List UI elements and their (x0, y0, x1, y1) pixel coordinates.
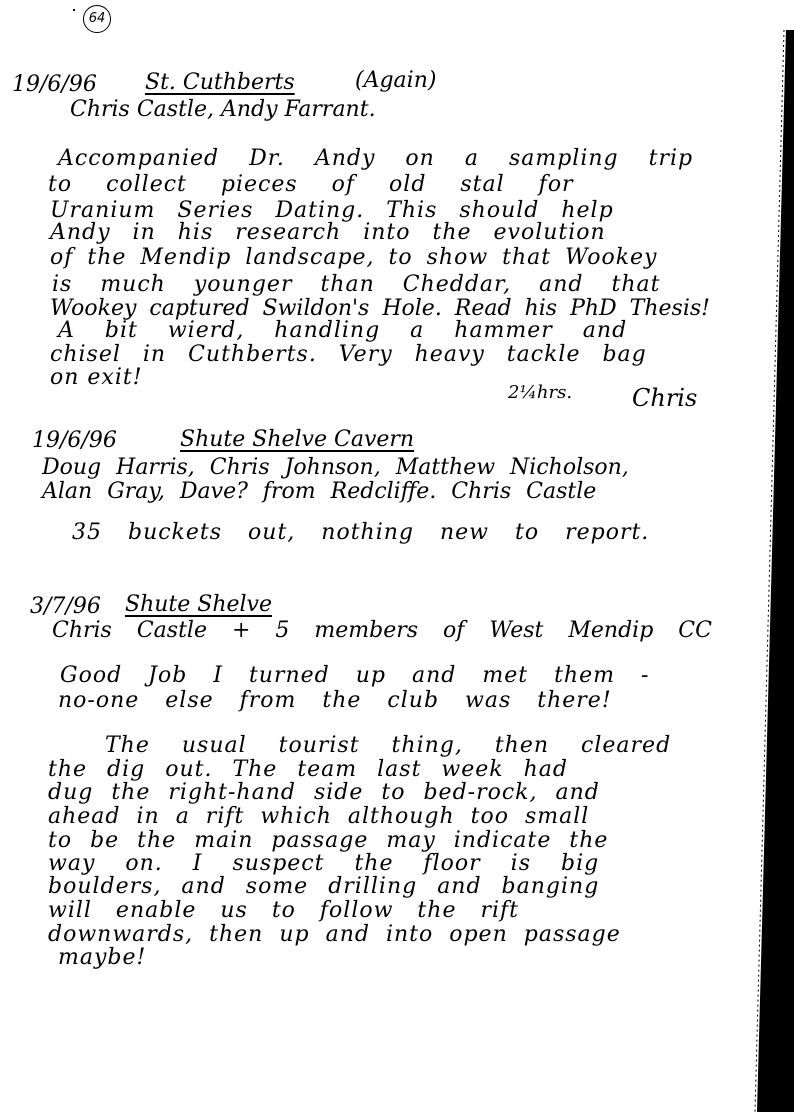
scan-speck (73, 9, 75, 11)
entry-party: Chris Castle, Andy Farrant. (70, 97, 376, 122)
trip-duration: 2¼hrs. (508, 382, 572, 403)
body-line: is much younger than Cheddar, and that (52, 272, 660, 297)
body-line: chisel in Cuthberts. Very heavy tackle b… (50, 342, 647, 367)
scan-edge-shadow (754, 0, 794, 1112)
entry-location: St. Cuthberts (145, 70, 295, 95)
entry-date: 19/6/96 (32, 428, 117, 453)
body-line: The usual tourist thing, then cleared (105, 733, 671, 758)
body-line: dug the right-hand side to bed-rock, and (48, 780, 600, 805)
entry-date: 3/7/96 (30, 594, 101, 619)
body-line: A bit wierd, handling a hammer and (58, 318, 627, 343)
body-line: the dig out. The team last week had (48, 757, 568, 782)
logbook-page: 64 19/6/96 St. Cuthberts (Again) Chris C… (0, 0, 794, 1112)
body-line: to collect pieces of old stal for (48, 172, 574, 197)
entry-party: Alan Gray, Dave? from Redcliffe. Chris C… (42, 479, 596, 504)
body-line: maybe! (58, 945, 146, 970)
entry-party: Chris Castle + 5 members of West Mendip … (52, 618, 712, 643)
signature: Chris (632, 384, 697, 412)
body-line: downwards, then up and into open passage (48, 922, 621, 947)
body-line: of the Mendip landscape, to show that Wo… (50, 245, 658, 270)
body-line: Accompanied Dr. Andy on a sampling trip (58, 146, 693, 171)
body-line: ahead in a rift which although too small (48, 804, 589, 829)
body-line: 35 buckets out, nothing new to report. (72, 520, 649, 545)
body-line: Andy in his research into the evolution (50, 220, 606, 245)
body-line: no-one else from the club was there! (58, 688, 612, 713)
body-line: to be the main passage may indicate the (48, 828, 608, 853)
entry-location: Shute Shelve Cavern (180, 427, 414, 452)
body-line: boulders, and some drilling and banging (48, 874, 599, 899)
entry-note: (Again) (355, 68, 436, 93)
entry-date: 19/6/96 (12, 72, 97, 97)
entry-location: Shute Shelve (125, 592, 272, 617)
page-number: 64 (83, 5, 111, 33)
body-line: way on. I suspect the floor is big (48, 851, 599, 876)
entry-party: Doug Harris, Chris Johnson, Matthew Nich… (42, 455, 629, 480)
body-line: on exit! (50, 365, 143, 390)
body-line: Good Job I turned up and met them - (60, 663, 649, 688)
body-line: will enable us to follow the rift (48, 898, 519, 923)
